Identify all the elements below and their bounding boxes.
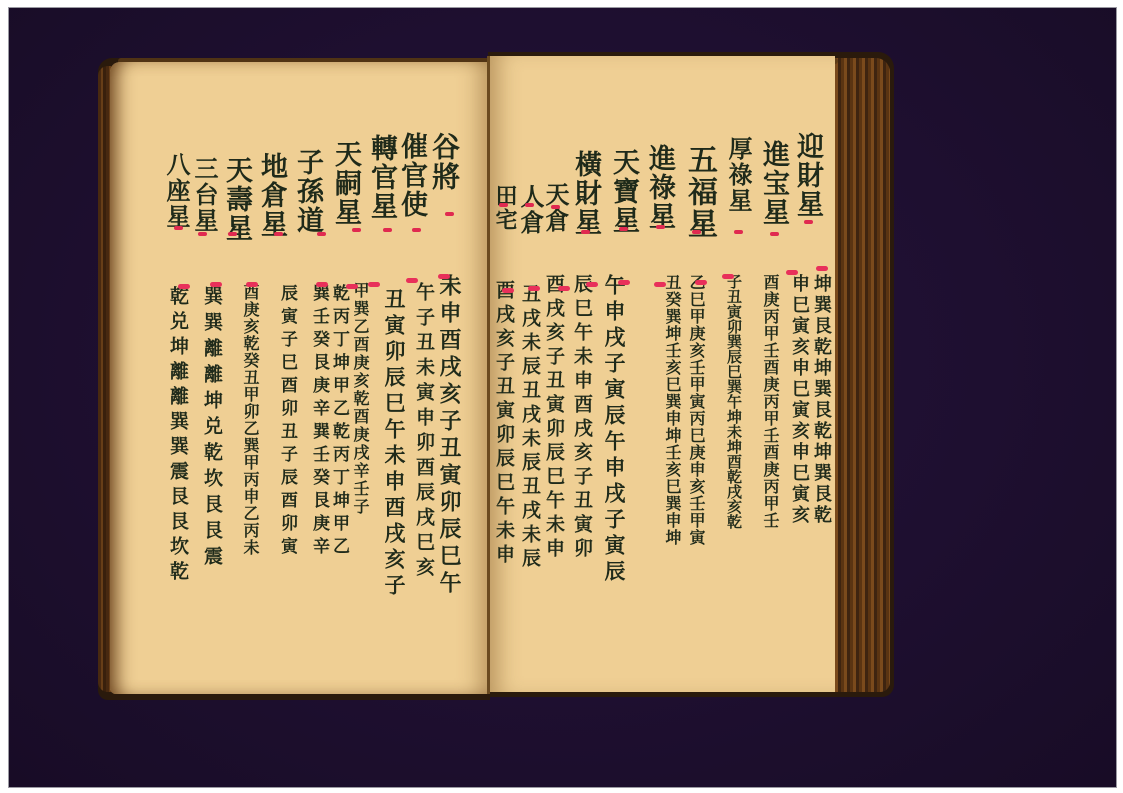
heading-tianshouxing: 天壽星: [223, 156, 250, 243]
red-mark: [178, 284, 190, 289]
red-mark: [816, 266, 828, 271]
red-mark: [246, 282, 258, 287]
red-mark: [619, 227, 628, 231]
right-body-col-8: 辰巳午未申酉戌亥子丑寅卯: [572, 274, 591, 562]
right-body-col-11: 酉戌亥子丑寅卯辰巳午未申: [494, 280, 513, 568]
left-body-col-4: 甲巽乙酉庚亥乾酉庚戌辛壬子: [352, 282, 368, 516]
red-mark: [581, 230, 590, 234]
red-mark: [558, 286, 570, 291]
red-mark: [198, 232, 207, 236]
heading-rencang: 人倉: [518, 184, 542, 236]
red-mark: [525, 203, 534, 207]
red-mark: [586, 282, 598, 287]
right-body-col-6: 丑癸巽坤壬亥巳巽申坤壬亥巳巽申坤: [664, 274, 680, 546]
red-mark: [174, 226, 183, 230]
left-body-col-7: 辰寅子巳酉卯丑子辰酉卯寅: [278, 284, 295, 560]
left-body-col-9: 巽巽離離坤兑乾坎艮艮震: [202, 286, 221, 572]
heading-hengcaixing: 橫財星: [572, 150, 599, 237]
left-body-col-6: 巽壬癸艮庚辛巽壬癸艮庚辛: [310, 284, 327, 560]
right-body-col-5: 乙巳甲庚亥壬甲寅丙巳庚申亥壬甲寅: [688, 274, 704, 546]
right-body-col-1: 坤巽艮乾坤巽艮乾坤巽艮乾: [812, 274, 830, 526]
left-body-col-5: 乾丙丁坤甲乙乾丙丁坤甲乙: [330, 284, 347, 560]
red-mark: [438, 274, 450, 279]
right-body-col-4: 子丑寅卯巽辰巳巽午坤未坤酉乾戌亥乾: [726, 274, 741, 529]
heading-dicangxing: 地倉星: [258, 152, 285, 239]
heading-zisundao: 子孫道: [294, 148, 321, 235]
left-body-col-1: 未申酉戌亥子丑寅卯辰巳午: [438, 274, 460, 598]
right-body-col-7: 午申戌子寅辰午申戌子寅辰: [604, 274, 625, 586]
red-mark: [695, 280, 707, 285]
heading-tiansixing: 天嗣星: [332, 140, 359, 227]
red-mark: [551, 205, 560, 209]
red-mark: [406, 278, 418, 283]
heading-tianbaoxing: 天寶星: [610, 148, 637, 235]
red-mark: [445, 212, 454, 216]
red-mark: [692, 230, 701, 234]
heading-houluxing: 厚祿星: [726, 136, 750, 214]
heading-wufuxing: 五福星: [684, 144, 714, 240]
page-edges-right: [832, 58, 890, 692]
heading-cuiguanshi: 催官使: [398, 132, 425, 219]
left-body-col-2: 午子丑未寅申卯酉辰戌巳亥: [414, 282, 433, 582]
red-mark: [528, 286, 540, 291]
red-mark: [804, 220, 813, 224]
red-mark: [770, 232, 779, 236]
right-body-col-2: 申巳寅亥申巳寅亥申巳寅亥: [790, 274, 808, 526]
red-mark: [502, 288, 514, 293]
heading-bazuoxing: 八座星: [164, 152, 188, 230]
red-mark: [274, 232, 283, 236]
red-mark: [654, 282, 666, 287]
heading-tianzhai: 田宅: [494, 184, 516, 232]
red-mark: [722, 274, 734, 279]
left-body-col-3: 丑寅卯辰巳午未申酉戌亥子: [384, 288, 405, 600]
red-mark: [412, 228, 421, 232]
book-gutter: [487, 56, 490, 694]
red-mark: [734, 230, 743, 234]
red-mark: [352, 228, 361, 232]
red-mark: [368, 282, 380, 287]
left-body-col-10: 乾兑坤離離巽巽震艮艮坎乾: [168, 286, 187, 586]
red-mark: [618, 280, 630, 285]
heading-zhuanguanxing: 轉官星: [368, 134, 395, 221]
red-mark: [786, 270, 798, 275]
red-mark: [317, 232, 326, 236]
heading-jinbaoxing: 進宝星: [760, 140, 787, 227]
red-mark: [346, 284, 358, 289]
red-mark: [499, 203, 508, 207]
red-mark: [383, 228, 392, 232]
heading-santaixing: 三台星: [192, 156, 216, 234]
red-mark: [228, 232, 237, 236]
left-body-col-8: 酉庚亥乾癸丑甲卯乙巽甲丙申乙丙未: [242, 284, 258, 556]
red-mark: [316, 282, 328, 287]
red-mark: [656, 225, 665, 229]
open-manuscript-book: 迎財星 進宝星 厚祿星 五福星 進祿星 天寶星 橫財星 天倉 人倉 田宅 坤巽艮…: [98, 52, 894, 702]
right-body-col-10: 丑戌未辰丑戌未辰丑戌未辰: [520, 284, 539, 572]
heading-gujiang: 谷將: [430, 132, 458, 192]
right-body-col-3: 酉庚丙甲壬酉庚丙甲壬酉庚丙甲壬: [762, 274, 778, 529]
heading-yingcaixing: 迎財星: [794, 132, 821, 219]
right-body-col-9: 酉戌亥子丑寅卯辰巳午未申: [544, 274, 563, 562]
red-mark: [210, 282, 222, 287]
heading-jinluxing: 進祿星: [646, 144, 673, 231]
